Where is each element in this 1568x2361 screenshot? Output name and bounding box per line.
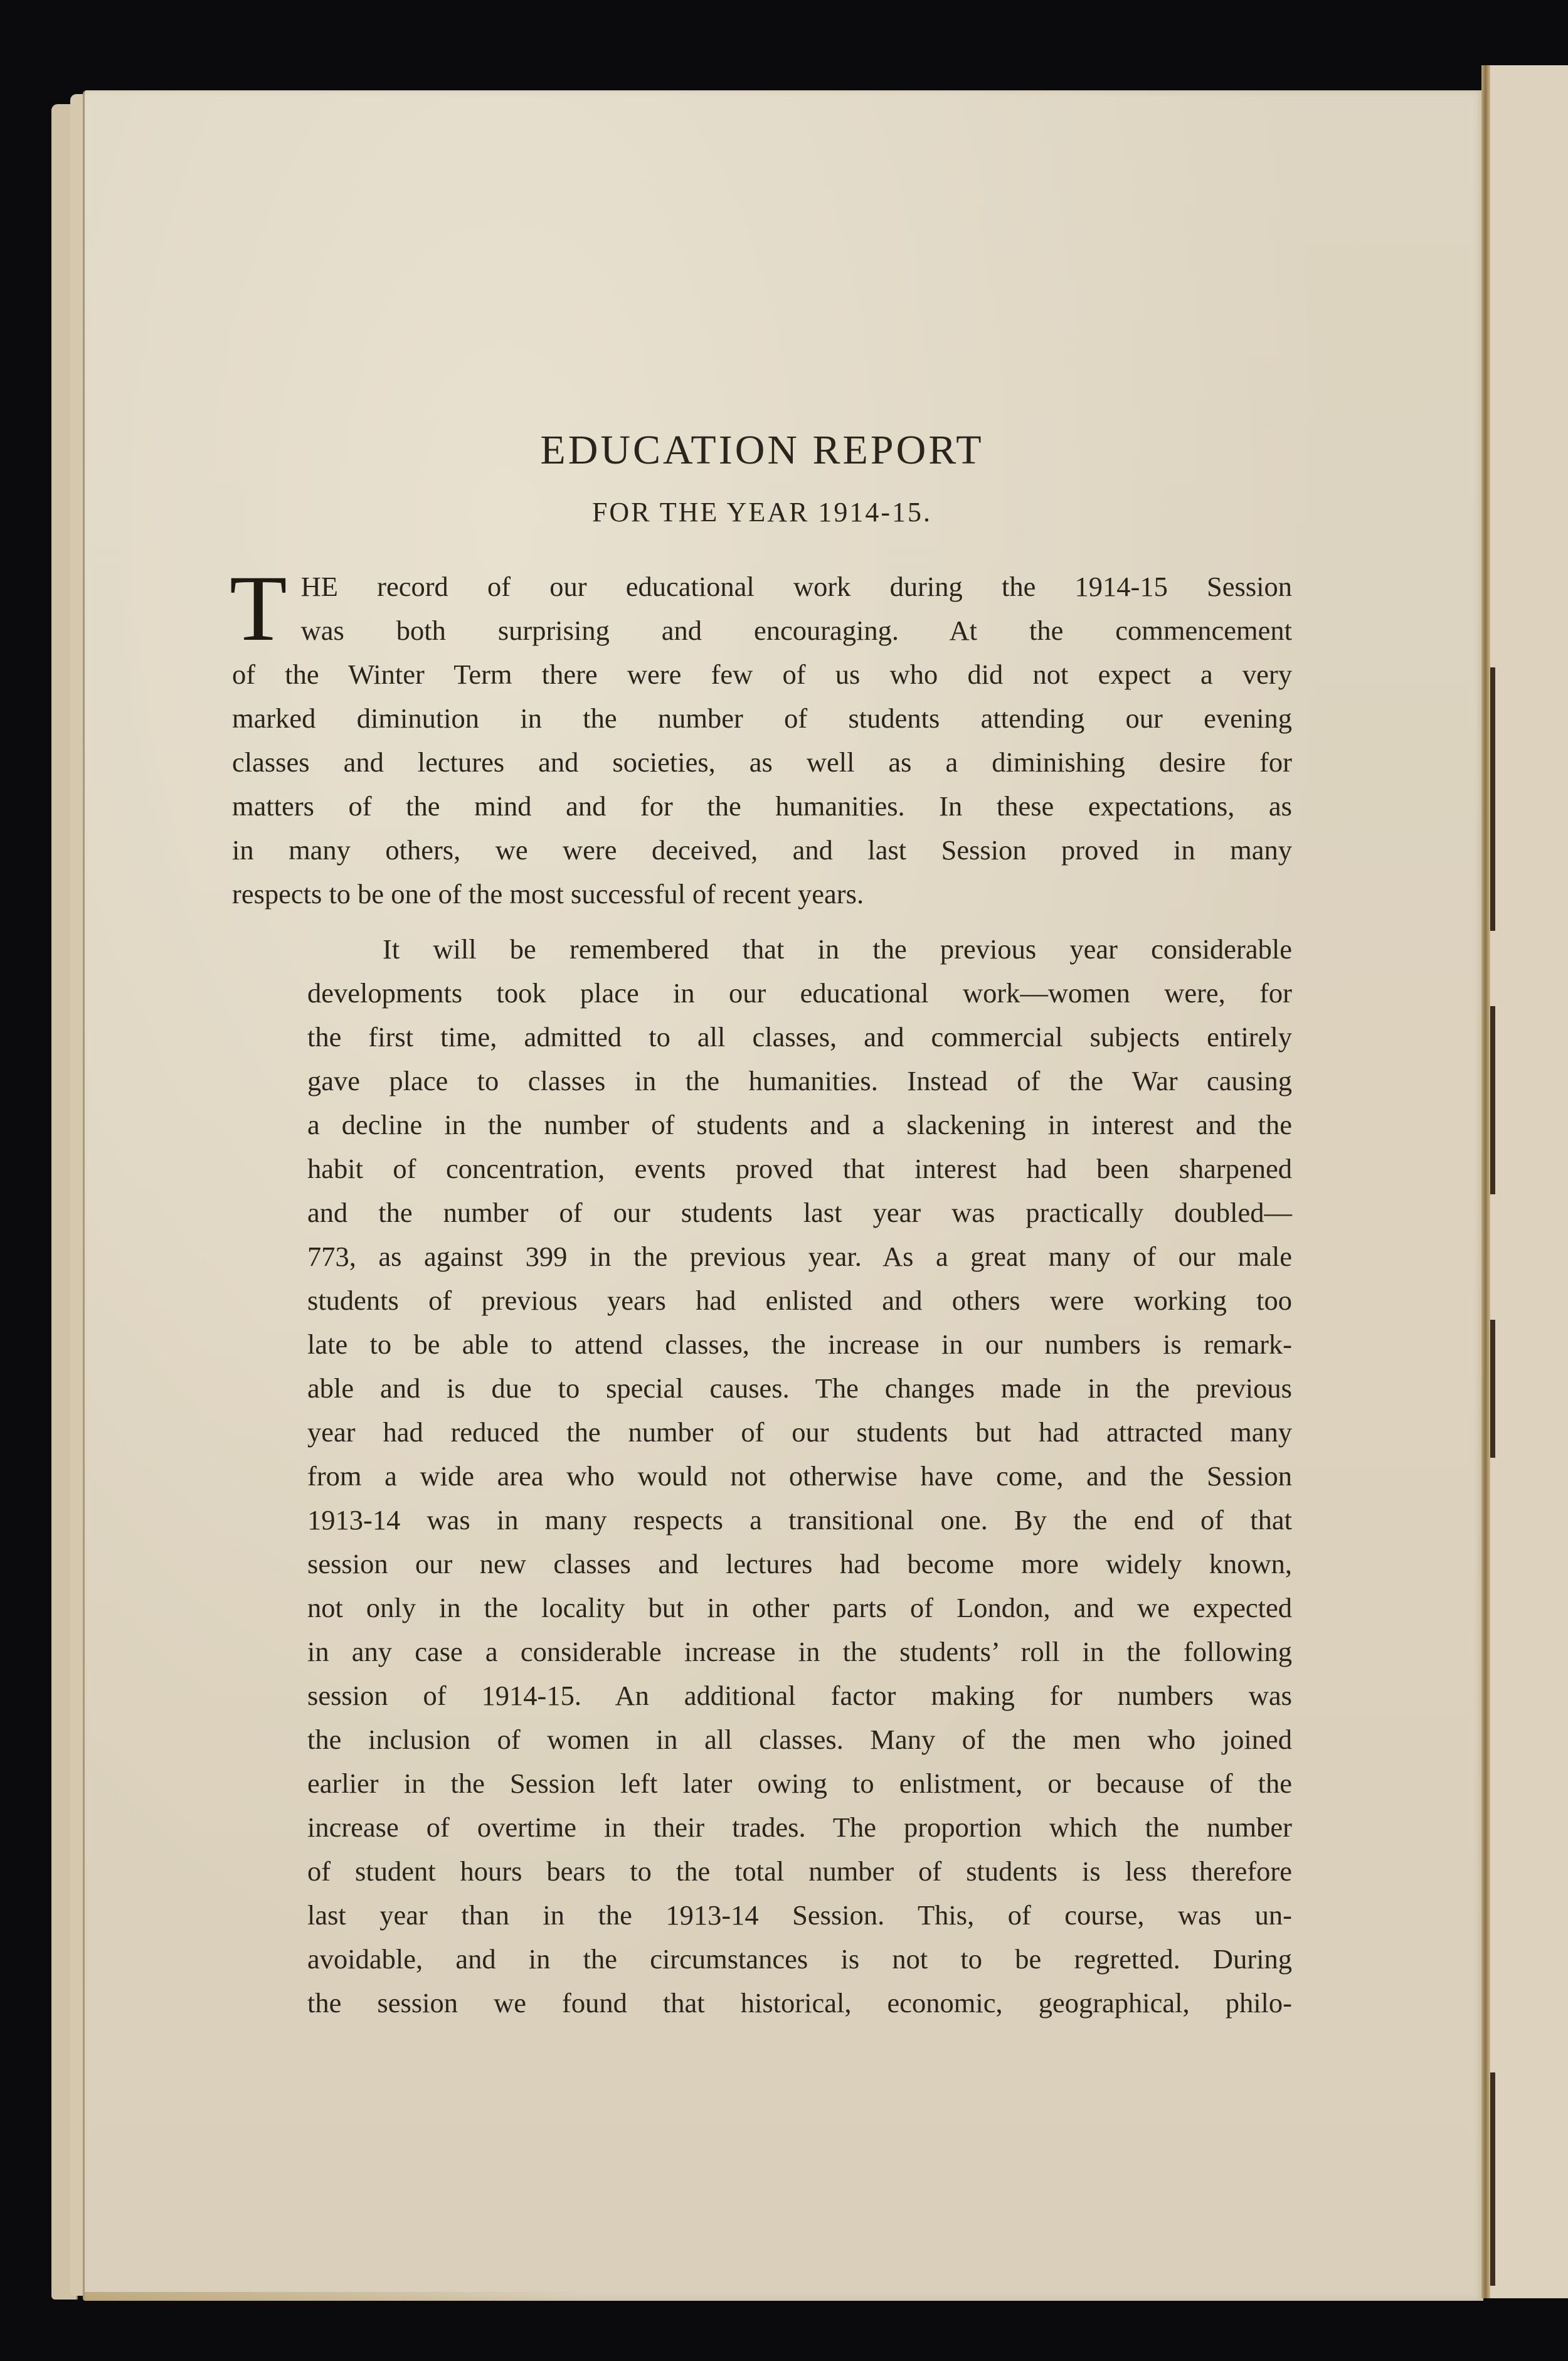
text-line: 773, as against 399 in the previous year… bbox=[232, 1234, 1292, 1278]
text-line: the inclusion of women in all classes. M… bbox=[232, 1717, 1292, 1761]
text-line: from a wide area who would not otherwise… bbox=[232, 1454, 1292, 1498]
text-line: was both surprising and encouraging. At … bbox=[232, 608, 1292, 652]
book-gutter bbox=[1481, 65, 1490, 2298]
text-line: respects to be one of the most successfu… bbox=[232, 872, 1292, 916]
facing-page-edge bbox=[1490, 65, 1568, 2298]
text-line: late to be able to attend classes, the i… bbox=[232, 1322, 1292, 1366]
text-line: earlier in the Session left later owing … bbox=[232, 1761, 1292, 1805]
text-line: the first time, admitted to all classes,… bbox=[232, 1015, 1292, 1059]
text-line: students of previous years had enlisted … bbox=[232, 1278, 1292, 1322]
text-line: of student hours bears to the total numb… bbox=[232, 1849, 1292, 1893]
text-line: of the Winter Term there were few of us … bbox=[232, 652, 1292, 696]
text-line: It will be remembered that in the previo… bbox=[232, 927, 1292, 971]
text-line: gave place to classes in the humanities.… bbox=[232, 1059, 1292, 1103]
text-line: 1913-14 was in many respects a transitio… bbox=[232, 1498, 1292, 1542]
text-line: and the number of our students last year… bbox=[232, 1191, 1292, 1234]
paragraph-1: T HE record of our educational work duri… bbox=[232, 565, 1292, 916]
text-line: session our new classes and lectures had… bbox=[232, 1542, 1292, 1586]
text-line: last year than in the 1913-14 Session. T… bbox=[232, 1893, 1292, 1937]
text-line: the session we found that historical, ec… bbox=[232, 1981, 1292, 2025]
text-line: a decline in the number of students and … bbox=[232, 1103, 1292, 1147]
text-line: classes and lectures and societies, as w… bbox=[232, 740, 1292, 784]
drop-cap: T bbox=[230, 571, 287, 646]
page-stain bbox=[1490, 1320, 1495, 1458]
page-title: EDUCATION REPORT bbox=[232, 425, 1292, 475]
page-stain bbox=[1490, 2072, 1495, 2286]
text-line: developments took place in our education… bbox=[232, 971, 1292, 1015]
paragraph-2: It will be remembered that in the previo… bbox=[232, 927, 1292, 2025]
text-line: year had reduced the number of our stude… bbox=[232, 1410, 1292, 1454]
page-stain bbox=[1490, 1006, 1495, 1194]
page-content: EDUCATION REPORT FOR THE YEAR 1914-15. T… bbox=[232, 414, 1292, 2025]
text-line: increase of overtime in their trades. Th… bbox=[232, 1805, 1292, 1849]
text-line: able and is due to special causes. The c… bbox=[232, 1366, 1292, 1410]
page-stain bbox=[85, 2292, 586, 2301]
scanned-book-spread: EDUCATION REPORT FOR THE YEAR 1914-15. T… bbox=[0, 0, 1568, 2361]
text-line: in many others, we were deceived, and la… bbox=[232, 828, 1292, 872]
text-line: matters of the mind and for the humaniti… bbox=[232, 784, 1292, 828]
text-line: session of 1914-15. An additional factor… bbox=[232, 1674, 1292, 1717]
text-line: habit of concentration, events proved th… bbox=[232, 1147, 1292, 1191]
text-line: not only in the locality but in other pa… bbox=[232, 1586, 1292, 1630]
text-line: HE record of our educational work during… bbox=[232, 565, 1292, 608]
text-line: avoidable, and in the circumstances is n… bbox=[232, 1937, 1292, 1981]
text-line: in any case a considerable increase in t… bbox=[232, 1630, 1292, 1674]
page-stain bbox=[1490, 667, 1495, 931]
page-subtitle: FOR THE YEAR 1914-15. bbox=[232, 496, 1292, 529]
text-line: marked diminution in the number of stude… bbox=[232, 696, 1292, 740]
